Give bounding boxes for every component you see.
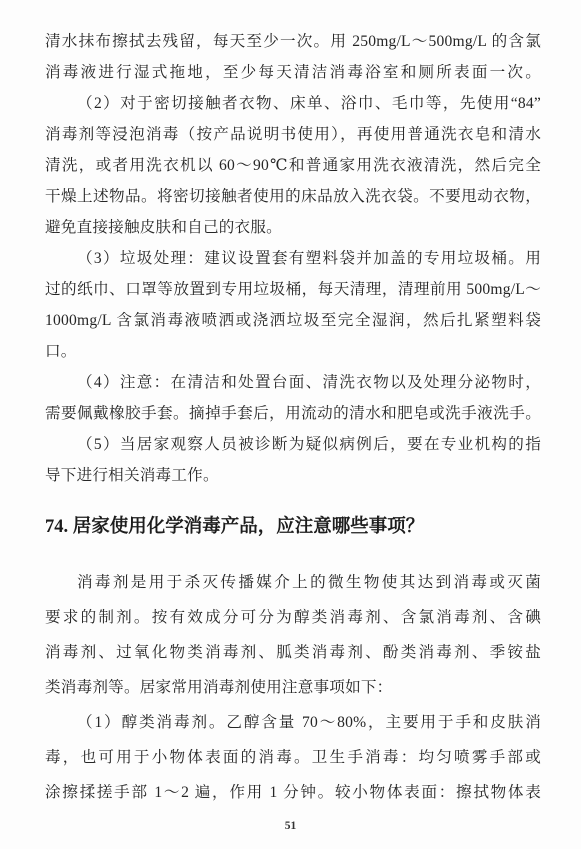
- page-number: 51: [0, 820, 581, 832]
- text-line: 1000mg/L 含氯消毒液喷洒或浇洒垃圾至完全湿润，然后扎紧塑料袋: [45, 305, 541, 336]
- text-line: 消毒剂是用于杀灭传播媒介上的微生物使其达到消毒或灭菌: [45, 565, 541, 600]
- text-line: 要求的制剂。按有效成分可分为醇类消毒剂、含氯消毒剂、含碘: [45, 600, 541, 635]
- text-line: 清水抹布擦拭去残留，每天至少一次。用 250mg/L～500mg/L 的含氯: [45, 26, 541, 57]
- text-line: 口。: [45, 336, 541, 367]
- text-line: 清洗，或者用洗衣机以 60～90℃和普通家用洗衣液清洗，然后完全: [45, 150, 541, 181]
- text-line: 消毒剂、过氧化物类消毒剂、胍类消毒剂、酚类消毒剂、季铵盐: [45, 635, 541, 670]
- text-line: 毒，也可用于小物体表面的消毒。卫生手消毒：均匀喷雾手部或: [45, 740, 541, 775]
- text-line: 避免直接接触皮肤和自己的衣服。: [45, 212, 541, 243]
- text-line: 干燥上述物品。将密切接触者使用的床品放入洗衣袋。不要甩动衣物，: [45, 181, 541, 212]
- text-line: 类消毒剂等。居家常用消毒剂使用注意事项如下：: [45, 670, 541, 705]
- text-line: （4）注意：在清洁和处置台面、清洗衣物以及处理分泌物时，: [45, 367, 541, 398]
- text-line: 过的纸巾、口罩等放置到专用垃圾桶，每天清理，清理前用 500mg/L～: [45, 274, 541, 305]
- text-line: 导下进行相关消毒工作。: [45, 460, 541, 491]
- text-line: （3）垃圾处理：建议设置套有塑料袋并加盖的专用垃圾桶。用: [45, 243, 541, 274]
- section-chemical-disinfectants: 消毒剂是用于杀灭传播媒介上的微生物使其达到消毒或灭菌 要求的制剂。按有效成分可分…: [45, 565, 541, 810]
- text-line: （2）对于密切接触者衣物、床单、浴巾、毛巾等，先使用“84”: [45, 88, 541, 119]
- text-line: 消毒液进行湿式拖地，至少每天清洁消毒浴室和厕所表面一次。: [45, 57, 541, 88]
- text-line: 消毒剂等浸泡消毒（按产品说明书使用），再使用普通洗衣皂和清水: [45, 119, 541, 150]
- section-disinfection-measures: 清水抹布擦拭去残留，每天至少一次。用 250mg/L～500mg/L 的含氯 消…: [45, 26, 541, 491]
- document-page: 清水抹布擦拭去残留，每天至少一次。用 250mg/L～500mg/L 的含氯 消…: [0, 0, 581, 849]
- question-heading: 74. 居家使用化学消毒产品，应注意哪些事项？: [45, 512, 541, 542]
- text-line: 涂擦揉搓手部 1～2 遍，作用 1 分钟。较小物体表面：擦拭物体表: [45, 775, 541, 810]
- text-line: （1）醇类消毒剂。乙醇含量 70～80%，主要用于手和皮肤消: [45, 705, 541, 740]
- text-line: 需要佩戴橡胶手套。摘掉手套后，用流动的清水和肥皂或洗手液洗手。: [45, 398, 541, 429]
- text-line: （5）当居家观察人员被诊断为疑似病例后，要在专业机构的指: [45, 429, 541, 460]
